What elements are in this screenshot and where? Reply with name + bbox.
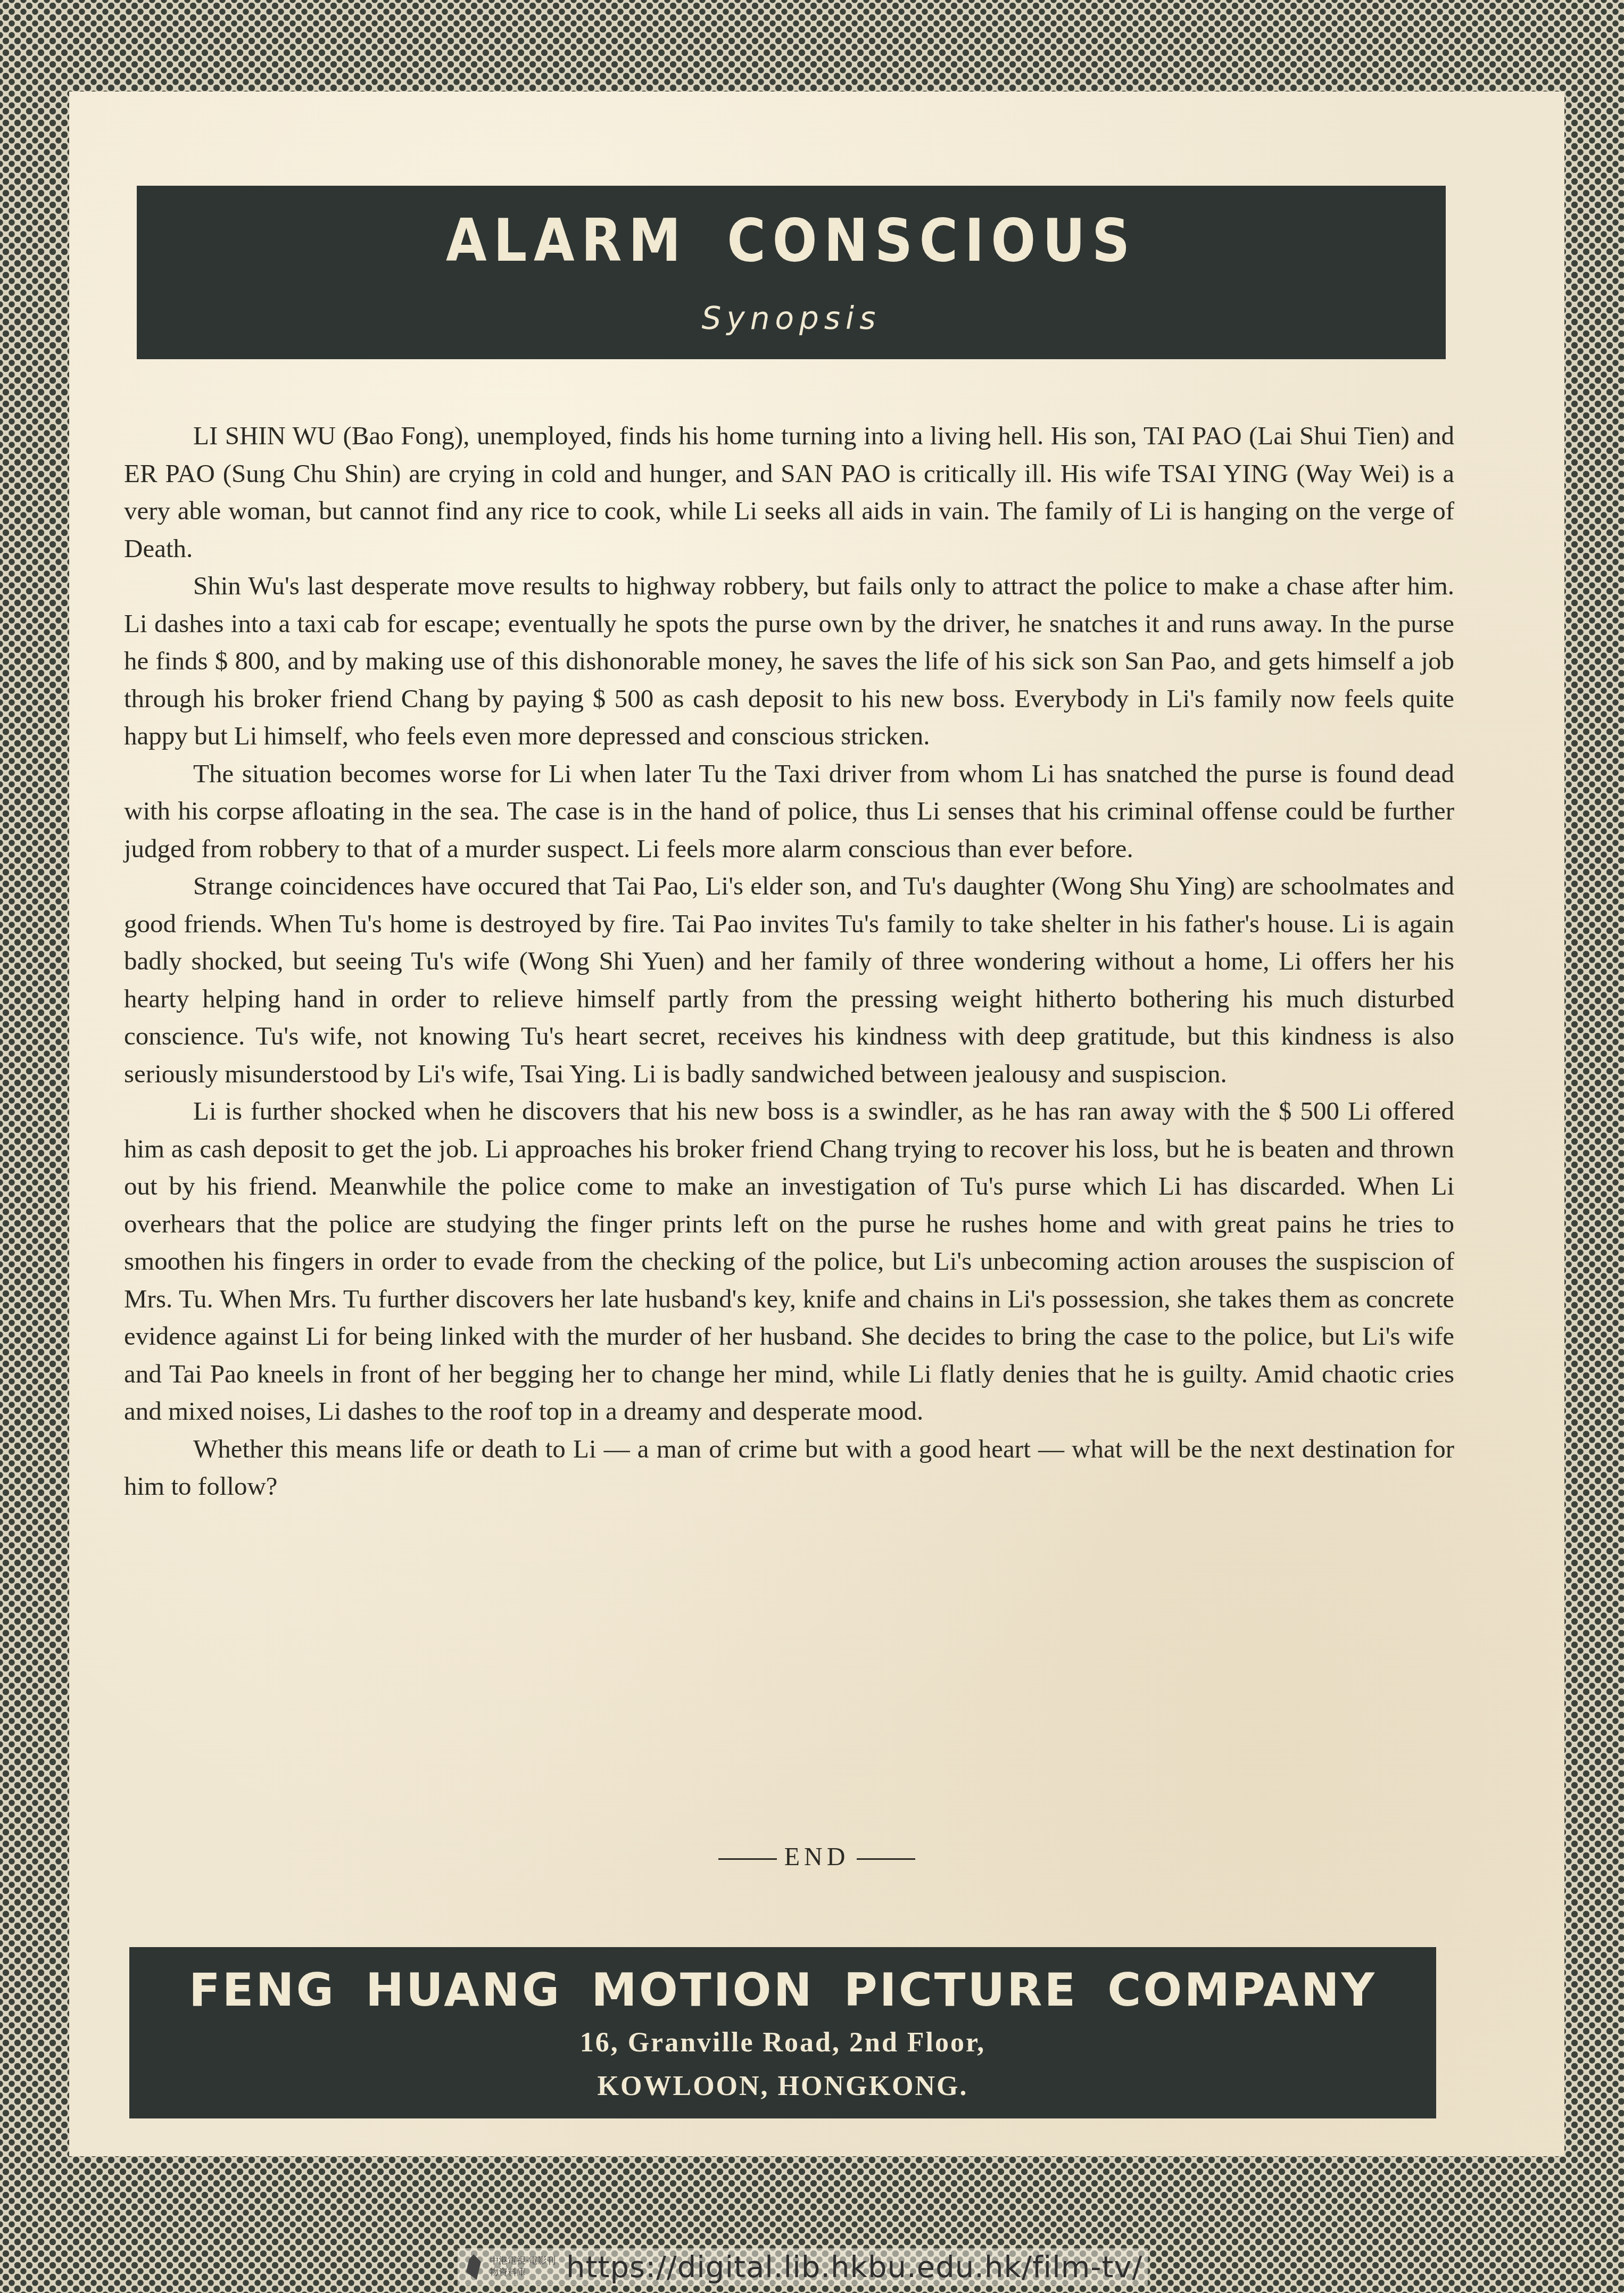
end-dash-left — [718, 1858, 777, 1860]
end-label: END — [784, 1843, 850, 1871]
watermark-url[interactable]: https://digital.lib.hkbu.edu.hk/film-tv/ — [566, 2250, 1142, 2284]
title-banner: ALARM CONSCIOUS Synopsis — [137, 186, 1446, 359]
film-library-logo-icon — [463, 2251, 484, 2283]
document-page: ALARM CONSCIOUS Synopsis LI SHIN WU (Bao… — [69, 92, 1564, 2156]
company-banner: FENG HUANG MOTION PICTURE COMPANY 16, Gr… — [129, 1947, 1436, 2118]
end-marker: END — [69, 1842, 1564, 1872]
synopsis-paragraph: Li is further shocked when he discovers … — [124, 1092, 1454, 1430]
synopsis-paragraph: Shin Wu's last desperate move results to… — [124, 567, 1454, 755]
film-title: ALARM CONSCIOUS — [202, 211, 1380, 270]
synopsis-body: LI SHIN WU (Bao Fong), unemployed, finds… — [124, 417, 1454, 1505]
company-name: FENG HUANG MOTION PICTURE COMPANY — [129, 1967, 1436, 2013]
synopsis-paragraph: Strange coincidences have occured that T… — [124, 867, 1454, 1092]
synopsis-paragraph: The situation becomes worse for Li when … — [124, 755, 1454, 868]
end-dash-right — [857, 1858, 915, 1860]
synopsis-subtitle: Synopsis — [137, 303, 1446, 334]
company-address-line1: 16, Granville Road, 2nd Floor, — [129, 2029, 1436, 2057]
watermark: 中港電視‧電影刊物資料庫 https://digital.lib.hkbu.ed… — [458, 2248, 1148, 2286]
synopsis-paragraph: Whether this means life or death to Li —… — [124, 1430, 1454, 1505]
watermark-chinese-text: 中港電視‧電影刊物資料庫 — [490, 2255, 559, 2279]
company-address-line2: KOWLOON, HONGKONG. — [129, 2073, 1436, 2100]
synopsis-paragraph: LI SHIN WU (Bao Fong), unemployed, finds… — [124, 417, 1454, 567]
